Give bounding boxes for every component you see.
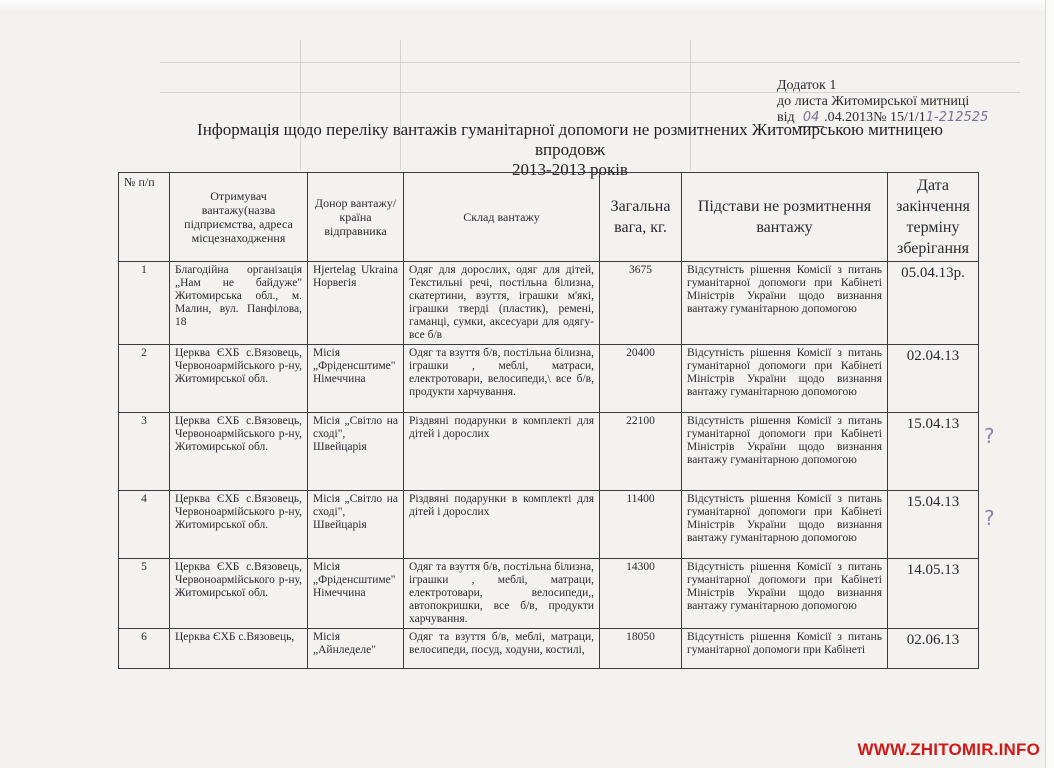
recipient-cell: Церква ЄХБ с.Вязовець, (170, 629, 308, 669)
document-title: Інформація щодо переліку вантажів гумані… (170, 120, 970, 180)
cargo-table: № п/п Отримувач вантажу(назва підприємст… (118, 172, 979, 669)
date-cell: 02.06.13 (888, 629, 979, 669)
recipient-cell: Церква ЄХБ с.Вязовець, Червоноармійськог… (170, 491, 308, 559)
date-cell: 15.04.13 (888, 413, 979, 491)
donor-cell: Місія „Світло на сході", Швейцарія (308, 413, 404, 491)
table-row: 2Церква ЄХБ с.Вязовець, Червоноармійсько… (119, 345, 979, 413)
date-cell: 05.04.13р. (888, 262, 979, 345)
bleed-through-line (160, 62, 1020, 63)
contents-cell: Одяг та взуття б/в, постільна білизна, і… (404, 345, 600, 413)
table-header-row: № п/п Отримувач вантажу(назва підприємст… (119, 173, 979, 262)
contents-cell: Одяг та взуття б/в, меблі, матраци, вело… (404, 629, 600, 669)
recipient-cell: Церква ЄХБ с.Вязовець, Червоноармійськог… (170, 559, 308, 629)
header-donor: Донор вантажу/ країна відправника (308, 173, 404, 262)
handwritten-question-mark: ? (984, 506, 995, 530)
table-row: 4Церква ЄХБ с.Вязовець, Червоноармійсько… (119, 491, 979, 559)
row-number: 4 (119, 491, 170, 559)
donor-cell: Місія „Фріденсштиме" Німеччина (308, 559, 404, 629)
donor-cell: Hjertelag Ukraina Норвегія (308, 262, 404, 345)
date-cell: 02.04.13 (888, 345, 979, 413)
row-number: 1 (119, 262, 170, 345)
row-number: 5 (119, 559, 170, 629)
header-contents: Склад вантажу (404, 173, 600, 262)
row-number: 6 (119, 629, 170, 669)
scan-edge (0, 0, 1054, 14)
appendix-line2: до листа Житомирської митниці (777, 94, 988, 110)
contents-cell: Одяг та взуття б/в, постільна білизна, і… (404, 559, 600, 629)
table-row: 3Церква ЄХБ с.Вязовець, Червоноармійсько… (119, 413, 979, 491)
title-line1: Інформація щодо переліку вантажів гумані… (170, 120, 970, 160)
row-number: 3 (119, 413, 170, 491)
weight-cell: 22100 (600, 413, 682, 491)
header-recipient: Отримувач вантажу(назва підприємства, ад… (170, 173, 308, 262)
header-weight: Загальна вага, кг. (600, 173, 682, 262)
table-row: 5Церква ЄХБ с.Вязовець, Червоноармійсько… (119, 559, 979, 629)
reason-cell: Відсутність рішення Комісії з питань гум… (682, 413, 888, 491)
weight-cell: 3675 (600, 262, 682, 345)
donor-cell: Місія „Світло на сході", Швейцарія (308, 491, 404, 559)
reason-cell: Відсутність рішення Комісії з питань гум… (682, 491, 888, 559)
contents-cell: Різдвяні подарунки в комплекті для дітей… (404, 491, 600, 559)
appendix-line1: Додаток 1 (777, 78, 988, 94)
reason-cell: Відсутність рішення Комісії з питань гум… (682, 345, 888, 413)
reason-cell: Відсутність рішення Комісії з питань гум… (682, 629, 888, 669)
handwritten-question-mark: ? (984, 424, 995, 448)
donor-cell: Місія „Фріденсштиме" Німеччина (308, 345, 404, 413)
table-row: 6Церква ЄХБ с.Вязовець,Місія „Айнледеле"… (119, 629, 979, 669)
site-watermark: WWW.ZHITOMIR.INFO (858, 740, 1041, 760)
weight-cell: 14300 (600, 559, 682, 629)
donor-cell: Місія „Айнледеле" (308, 629, 404, 669)
recipient-cell: Церква ЄХБ с.Вязовець, Червоноармійськог… (170, 345, 308, 413)
weight-cell: 20400 (600, 345, 682, 413)
recipient-cell: Благодійна організація „Нам не байдуже" … (170, 262, 308, 345)
scan-edge-right (1045, 0, 1054, 768)
reason-cell: Відсутність рішення Комісії з питань гум… (682, 559, 888, 629)
header-reason: Підстави не розмитнення вантажу (682, 173, 888, 262)
contents-cell: Різдвяні подарунки в комплекті для дітей… (404, 413, 600, 491)
date-cell: 14.05.13 (888, 559, 979, 629)
date-cell: 15.04.13 (888, 491, 979, 559)
weight-cell: 11400 (600, 491, 682, 559)
header-date: Дата закінчення терміну зберігання (888, 173, 979, 262)
header-num: № п/п (119, 173, 170, 262)
table-row: 1Благодійна організація „Нам не байдуже"… (119, 262, 979, 345)
reason-cell: Відсутність рішення Комісії з питань гум… (682, 262, 888, 345)
recipient-cell: Церква ЄХБ с.Вязовець, Червоноармійськог… (170, 413, 308, 491)
weight-cell: 18050 (600, 629, 682, 669)
row-number: 2 (119, 345, 170, 413)
contents-cell: Одяг для дорослих, одяг для дітей, Текст… (404, 262, 600, 345)
